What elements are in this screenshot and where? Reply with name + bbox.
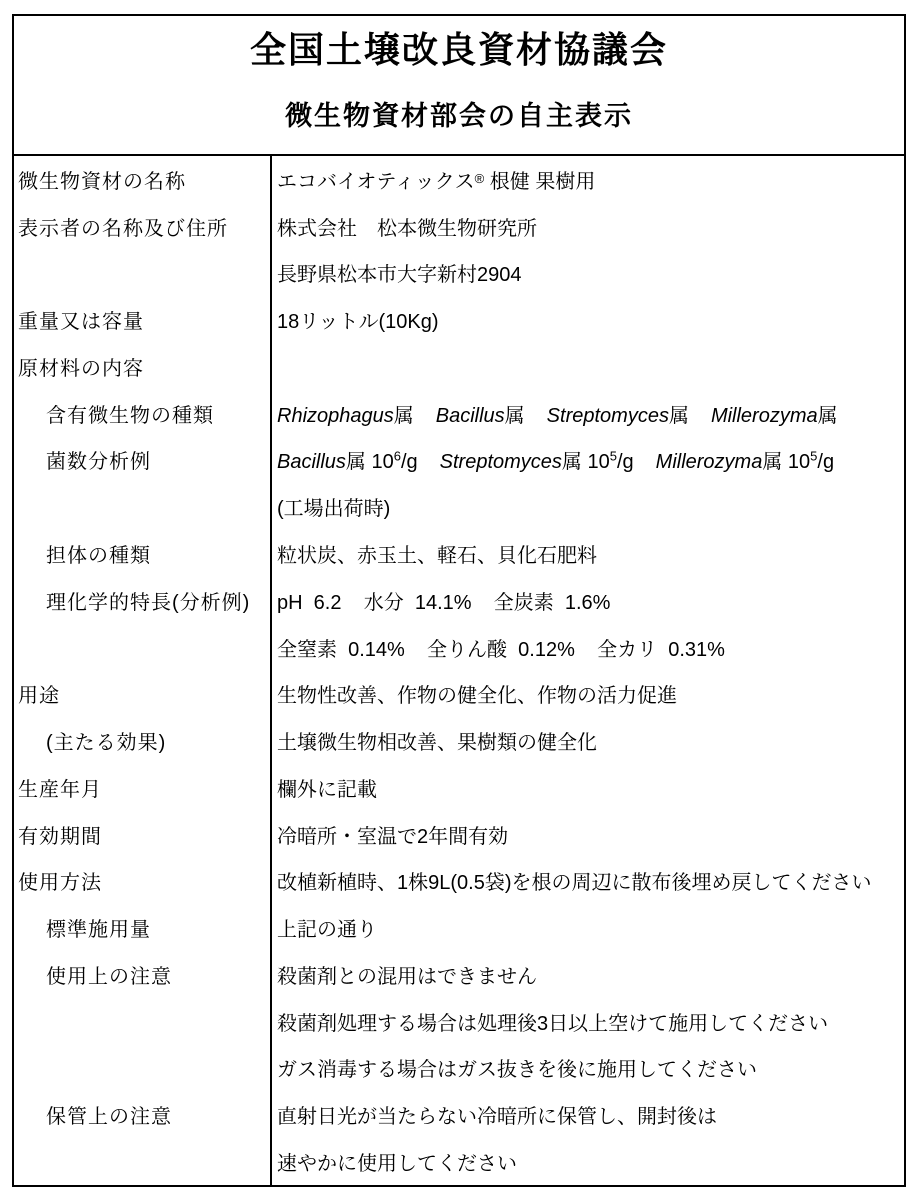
genus-suffix: 属 — [669, 405, 689, 427]
row-validity-period: 有効期間 冷暗所・室温で2年間有効 — [14, 811, 904, 858]
row-labeler-address: 長野県松本市大字新村2904 — [14, 250, 904, 297]
row-label: 用途 — [14, 670, 270, 717]
product-name-rest: 根健 果樹用 — [484, 165, 595, 194]
genus-suffix: 属 — [505, 405, 525, 427]
count-base: 属 10 — [562, 451, 610, 473]
genus-item: Rhizophagus属 — [277, 399, 414, 428]
genus-name: Streptomyces — [440, 451, 562, 473]
row-production-date: 生産年月 欄外に記載 — [14, 764, 904, 811]
row-label: 使用上の注意 — [14, 951, 270, 998]
page-title: 全国土壌改良資材協議会 — [14, 29, 904, 71]
product-name: エコバイオティックス — [277, 165, 475, 194]
genus-name: Millerozyma — [656, 451, 763, 473]
row-weight-or-volume: 重量又は容量 18リットル(10Kg) — [14, 296, 904, 343]
row-standard-application-rate: 標準施用量 上記の通り — [14, 904, 904, 951]
genus-name: Rhizophagus — [277, 405, 394, 427]
row-label: (主たる効果) — [14, 717, 270, 764]
label-sheet: 全国土壌改良資材協議会 微生物資材部会の自主表示 微生物資材の名称 エコバイオテ… — [12, 14, 906, 1187]
row-label — [14, 1045, 270, 1092]
count-exponent: 6 — [394, 449, 401, 464]
row-label — [14, 1138, 270, 1185]
row-value: 欄外に記載 — [270, 764, 904, 811]
count-base: 属 10 — [346, 451, 394, 473]
row-microbe-count-note: (工場出荷時) — [14, 483, 904, 530]
count-item: Millerozyma属 105/g — [656, 445, 834, 474]
row-label — [14, 624, 270, 671]
row-raw-material-contents: 原材料の内容 — [14, 343, 904, 390]
row-label: 有効期間 — [14, 811, 270, 858]
row-storage-precautions-cont: 速やかに使用してください — [14, 1138, 904, 1185]
count-item: Streptomyces属 105/g — [440, 445, 634, 474]
row-label — [14, 998, 270, 1045]
spec-table: 微生物資材の名称 エコバイオティックス® 根健 果樹用 表示者の名称及び住所 株… — [14, 156, 904, 1185]
row-usage: 用途 生物性改善、作物の健全化、作物の活力促進 — [14, 670, 904, 717]
genus-name: Bacillus — [436, 405, 505, 427]
row-label: 含有微生物の種類 — [14, 390, 270, 437]
row-label: 微生物資材の名称 — [14, 156, 270, 203]
row-label: 重量又は容量 — [14, 296, 270, 343]
row-label: 表示者の名称及び住所 — [14, 203, 270, 250]
document-header: 全国土壌改良資材協議会 微生物資材部会の自主表示 — [14, 16, 904, 156]
row-value: pH 6.2 水分 14.1% 全炭素 1.6% — [270, 577, 904, 624]
row-value: 長野県松本市大字新村2904 — [270, 250, 904, 297]
row-value — [270, 343, 904, 390]
genus-item: Millerozyma属 — [711, 399, 838, 428]
row-usage-method: 使用方法 改植新植時、1株9L(0.5袋)を根の周辺に散布後埋め戻してください — [14, 857, 904, 904]
genus-name: Streptomyces — [547, 405, 669, 427]
row-label: 生産年月 — [14, 764, 270, 811]
row-storage-precautions: 保管上の注意 直射日光が当たらない冷暗所に保管し、開封後は — [14, 1091, 904, 1138]
row-value: 改植新植時、1株9L(0.5袋)を根の周辺に散布後埋め戻してください — [270, 857, 904, 904]
count-base: 属 10 — [762, 451, 810, 473]
genus-name: Millerozyma — [711, 405, 818, 427]
count-unit: /g — [617, 451, 634, 473]
row-microbe-count-example: 菌数分析例 Bacillus属 106/gStreptomyces属 105/g… — [14, 437, 904, 484]
genus-suffix: 属 — [818, 405, 838, 427]
row-label: 菌数分析例 — [14, 437, 270, 484]
row-value: Rhizophagus属Bacillus属Streptomyces属Miller… — [270, 390, 904, 437]
genus-item: Bacillus属 — [436, 399, 525, 428]
row-value: 上記の通り — [270, 904, 904, 951]
row-value: Bacillus属 106/gStreptomyces属 105/gMiller… — [270, 437, 904, 484]
genus-name: Bacillus — [277, 451, 346, 473]
genus-suffix: 属 — [394, 405, 414, 427]
row-value: 土壌微生物相改善、果樹類の健全化 — [270, 717, 904, 764]
row-usage-precautions-2: 殺菌剤処理する場合は処理後3日以上空けて施用してください — [14, 998, 904, 1045]
count-unit: /g — [401, 451, 418, 473]
row-carrier-types: 担体の種類 粒状炭、赤玉土、軽石、貝化石肥料 — [14, 530, 904, 577]
row-value: 殺菌剤処理する場合は処理後3日以上空けて施用してください — [270, 998, 904, 1045]
row-value: (工場出荷時) — [270, 483, 904, 530]
row-product-name: 微生物資材の名称 エコバイオティックス® 根健 果樹用 — [14, 156, 904, 203]
row-value: 18リットル(10Kg) — [270, 296, 904, 343]
row-value: 冷暗所・室温で2年間有効 — [270, 811, 904, 858]
row-label: 担体の種類 — [14, 530, 270, 577]
genus-item: Streptomyces属 — [547, 399, 689, 428]
row-label — [14, 250, 270, 297]
row-usage-precautions-3: ガス消毒する場合はガス抜きを後に施用してください — [14, 1045, 904, 1092]
count-item: Bacillus属 106/g — [277, 445, 418, 474]
row-main-effect: (主たる効果) 土壌微生物相改善、果樹類の健全化 — [14, 717, 904, 764]
row-value: 全窒素 0.14% 全りん酸 0.12% 全カリ 0.31% — [270, 624, 904, 671]
row-value: 株式会社 松本微生物研究所 — [270, 203, 904, 250]
row-value: エコバイオティックス® 根健 果樹用 — [270, 156, 904, 203]
count-unit: /g — [817, 451, 834, 473]
document-page: 全国土壌改良資材協議会 微生物資材部会の自主表示 微生物資材の名称 エコバイオテ… — [0, 0, 922, 1200]
row-label: 保管上の注意 — [14, 1091, 270, 1138]
row-value: 生物性改善、作物の健全化、作物の活力促進 — [270, 670, 904, 717]
row-label: 標準施用量 — [14, 904, 270, 951]
row-label: 原材料の内容 — [14, 343, 270, 390]
row-label — [14, 483, 270, 530]
row-usage-precautions: 使用上の注意 殺菌剤との混用はできません — [14, 951, 904, 998]
row-value: 粒状炭、赤玉土、軽石、貝化石肥料 — [270, 530, 904, 577]
row-value: 速やかに使用してください — [270, 1138, 904, 1185]
row-label: 使用方法 — [14, 857, 270, 904]
row-labeler-name: 表示者の名称及び住所 株式会社 松本微生物研究所 — [14, 203, 904, 250]
row-physicochemical-properties: 理化学的特長(分析例) pH 6.2 水分 14.1% 全炭素 1.6% — [14, 577, 904, 624]
row-contained-microbe-types: 含有微生物の種類 Rhizophagus属Bacillus属Streptomyc… — [14, 390, 904, 437]
page-subtitle: 微生物資材部会の自主表示 — [14, 100, 904, 132]
row-value: 殺菌剤との混用はできません — [270, 951, 904, 998]
row-physicochemical-properties-cont: 全窒素 0.14% 全りん酸 0.12% 全カリ 0.31% — [14, 624, 904, 671]
row-value: ガス消毒する場合はガス抜きを後に施用してください — [270, 1045, 904, 1092]
row-label: 理化学的特長(分析例) — [14, 577, 270, 624]
count-exponent: 5 — [610, 449, 617, 464]
row-value: 直射日光が当たらない冷暗所に保管し、開封後は — [270, 1091, 904, 1138]
